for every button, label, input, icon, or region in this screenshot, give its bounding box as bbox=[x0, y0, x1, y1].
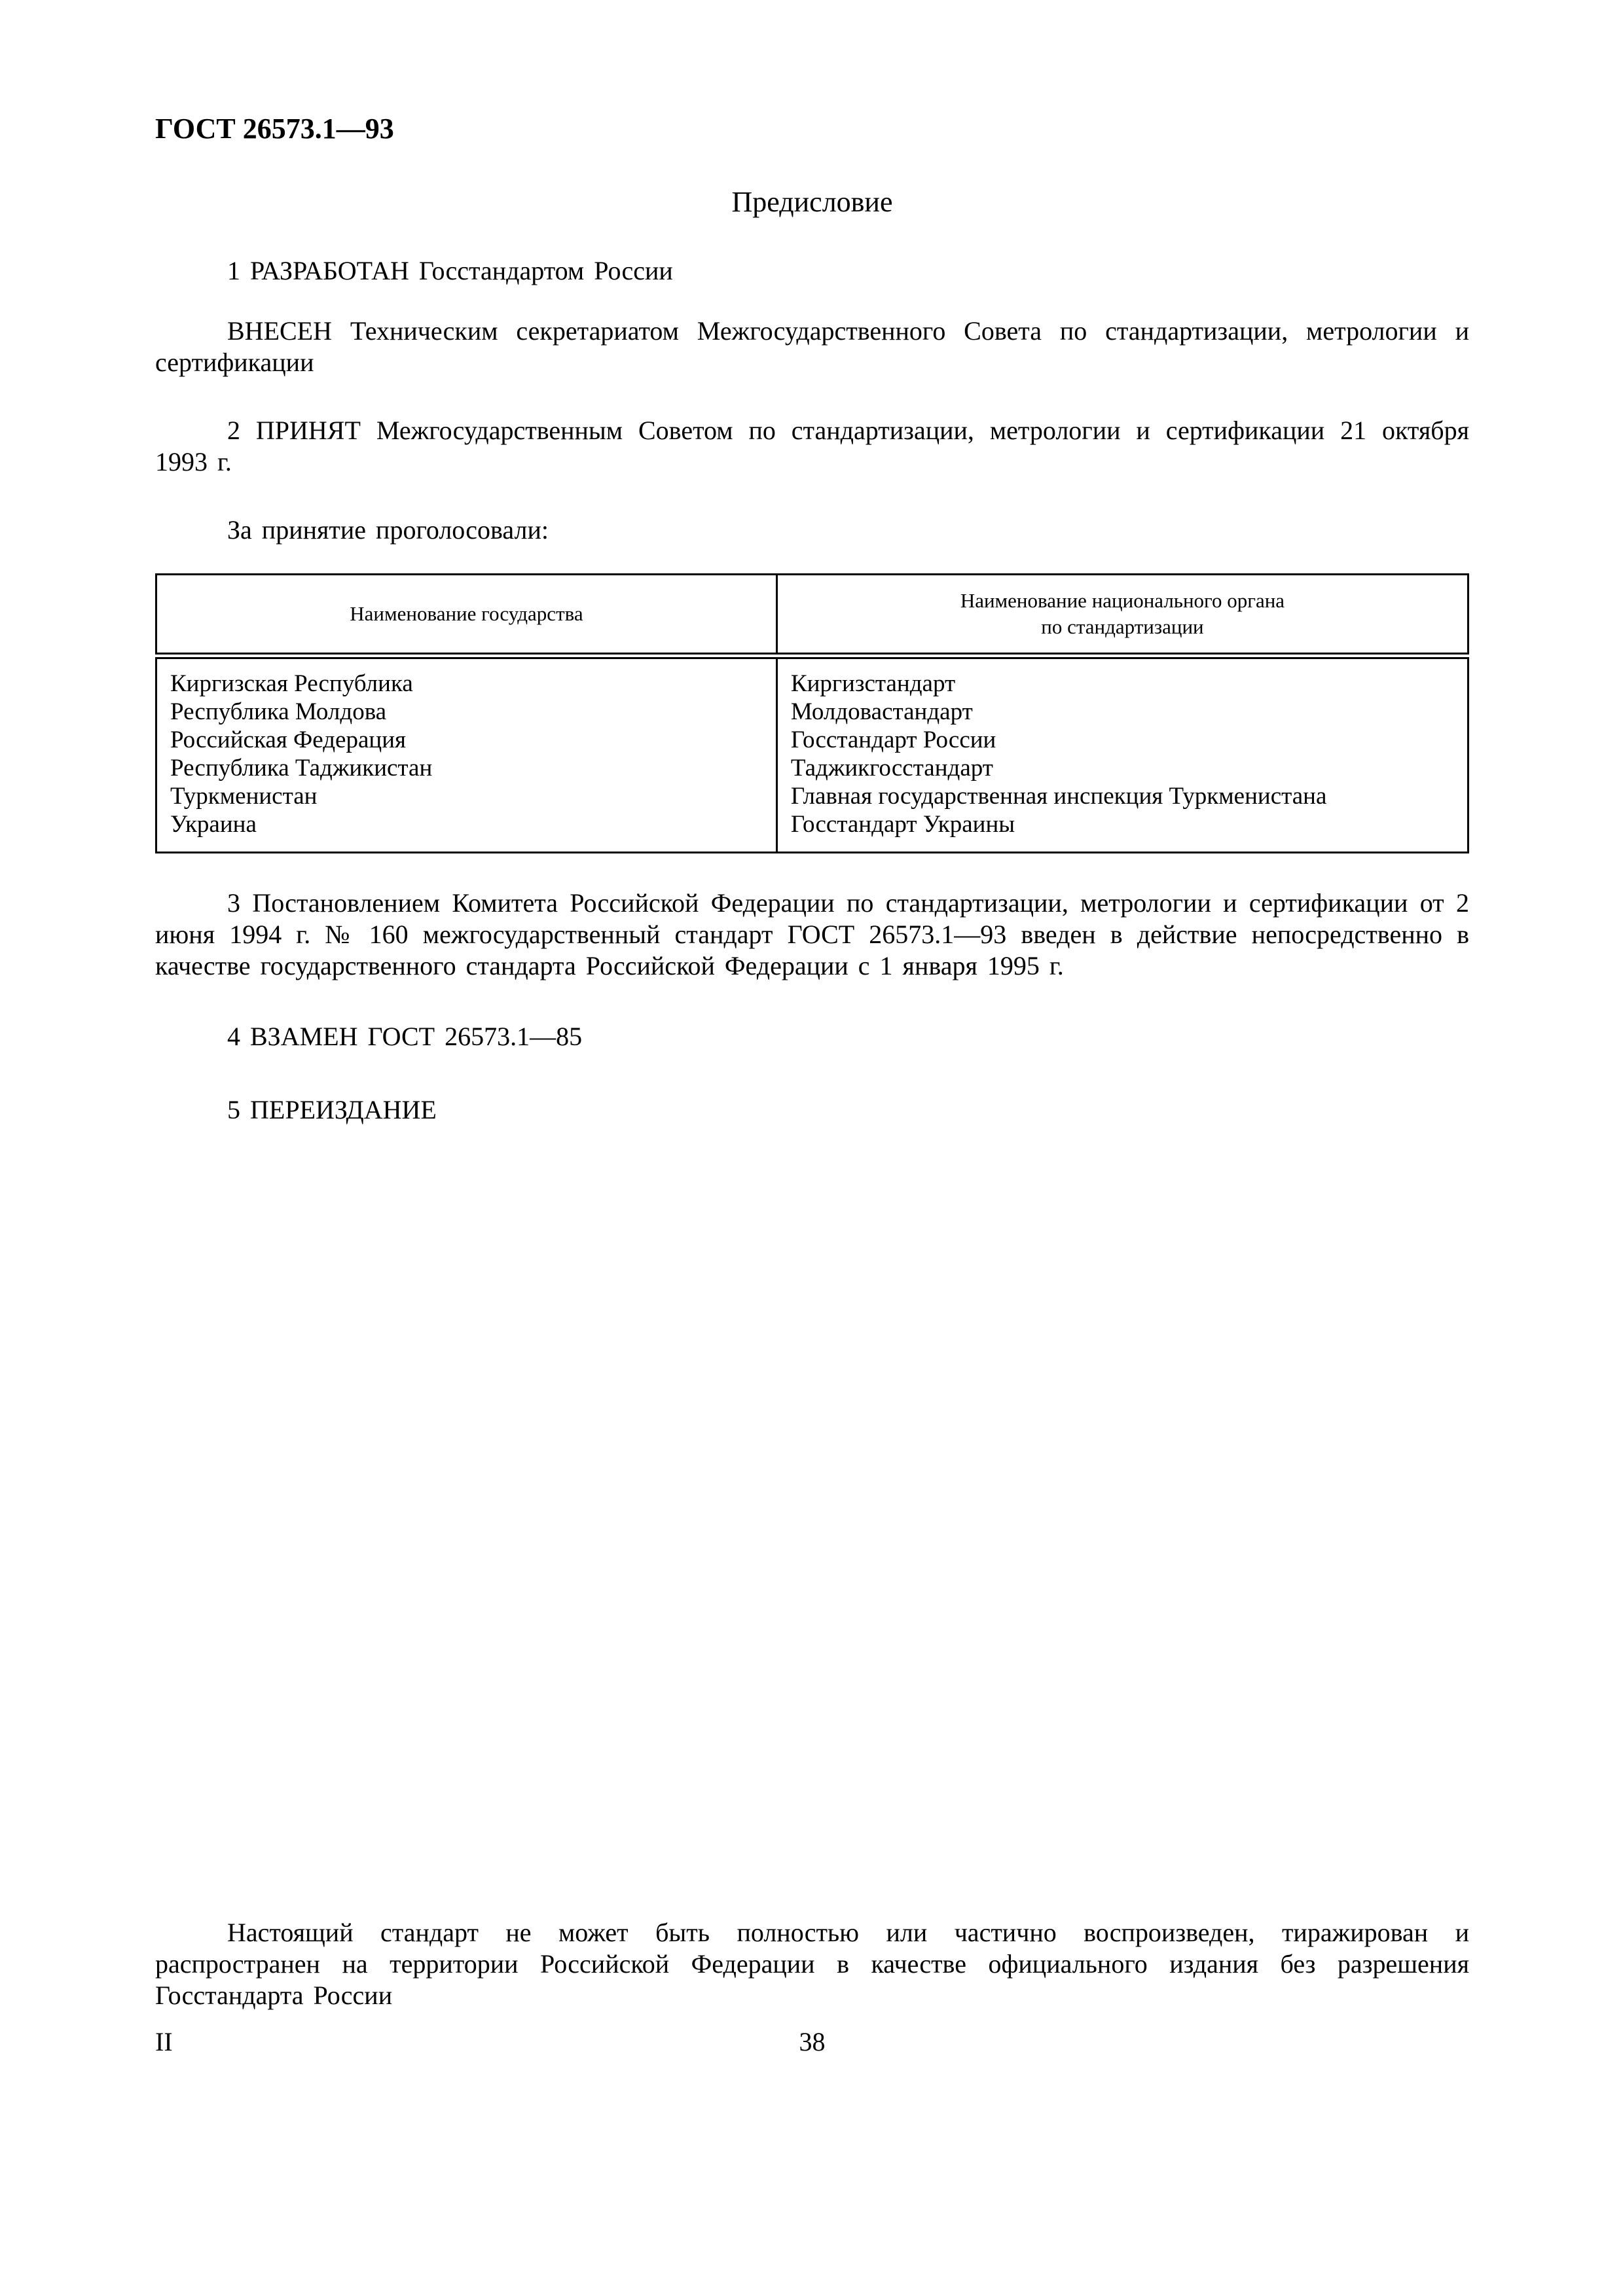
state-cell: Республика Молдова bbox=[156, 698, 777, 726]
document-page: ГОСТ 26573.1—93 Предисловие 1 РАЗРАБОТАН… bbox=[0, 0, 1623, 2296]
org-cell: Госстандарт Украины bbox=[776, 810, 1468, 853]
paragraph-resolution: 3 Постановлением Комитета Российской Фед… bbox=[155, 888, 1469, 982]
page-number-row: II 38 bbox=[155, 2026, 1469, 2058]
copyright-notice: Настоящий стандарт не может быть полност… bbox=[155, 1917, 1469, 2011]
table-row: Киргизская Республика Киргизстандарт bbox=[156, 656, 1468, 698]
state-column-header: Наименование государства bbox=[156, 575, 777, 656]
table-row: Туркменистан Главная государственная инс… bbox=[156, 782, 1468, 810]
paragraph-adopted: 2 ПРИНЯТ Межгосударственным Советом по с… bbox=[155, 415, 1469, 478]
table-row: Республика Молдова Молдовастандарт bbox=[156, 698, 1468, 726]
state-cell: Киргизская Республика bbox=[156, 656, 777, 698]
org-column-header-line1: Наименование национального органа bbox=[791, 588, 1454, 614]
page-footer: Настоящий стандарт не может быть полност… bbox=[155, 1917, 1469, 2058]
voting-table-body: Киргизская Республика Киргизстандарт Рес… bbox=[156, 656, 1468, 853]
table-row: Украина Госстандарт Украины bbox=[156, 810, 1468, 853]
state-cell: Туркменистан bbox=[156, 782, 777, 810]
org-cell: Таджикгосстандарт bbox=[776, 754, 1468, 782]
voting-table-header-row: Наименование государства Наименование на… bbox=[156, 575, 1468, 656]
org-column-header: Наименование национального органа по ста… bbox=[776, 575, 1468, 656]
state-cell: Российская Федерация bbox=[156, 726, 777, 754]
page-title: Предисловие bbox=[155, 186, 1469, 219]
state-cell: Украина bbox=[156, 810, 777, 853]
state-column-header-label: Наименование государства bbox=[350, 602, 583, 625]
voting-table: Наименование государства Наименование на… bbox=[155, 573, 1469, 853]
paragraph-reissue: 5 ПЕРЕИЗДАНИЕ bbox=[155, 1094, 1469, 1126]
org-cell: Госстандарт России bbox=[776, 726, 1468, 754]
org-column-header-line2: по стандартизации bbox=[791, 614, 1454, 640]
voting-table-header: Наименование государства Наименование на… bbox=[156, 575, 1468, 656]
org-cell: Молдовастандарт bbox=[776, 698, 1468, 726]
document-number: ГОСТ 26573.1—93 bbox=[155, 113, 1469, 145]
page-number-arabic: 38 bbox=[155, 2026, 1469, 2058]
paragraph-developed: 1 РАЗРАБОТАН Госстандартом России bbox=[155, 255, 1469, 287]
paragraph-replaces: 4 ВЗАМЕН ГОСТ 26573.1—85 bbox=[155, 1021, 1469, 1052]
table-row: Республика Таджикистан Таджикгосстандарт bbox=[156, 754, 1468, 782]
table-row: Российская Федерация Госстандарт России bbox=[156, 726, 1468, 754]
paragraph-voted-for: За принятие проголосовали: bbox=[155, 514, 1469, 546]
state-cell: Республика Таджикистан bbox=[156, 754, 777, 782]
org-cell: Киргизстандарт bbox=[776, 656, 1468, 698]
paragraph-submitted: ВНЕСЕН Техническим секретариатом Межгосу… bbox=[155, 315, 1469, 378]
org-cell: Главная государственная инспекция Туркме… bbox=[776, 782, 1468, 810]
